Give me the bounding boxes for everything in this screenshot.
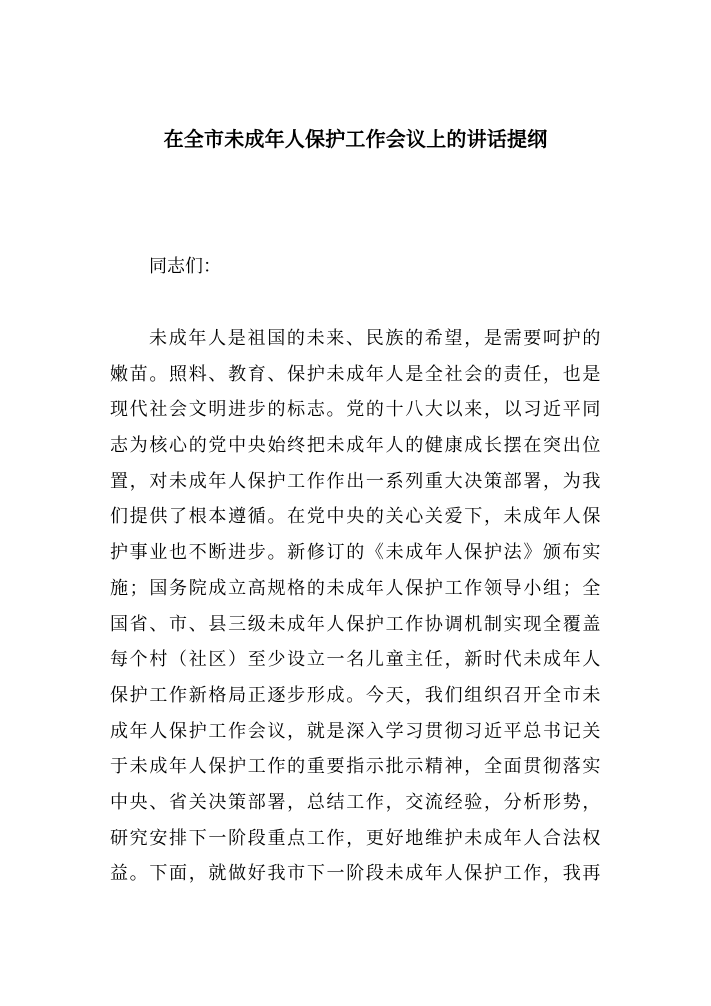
paragraph-line: 施；国务院成立高规格的未成年人保护工作领导小组；全 xyxy=(110,571,602,607)
document-title: 在全市未成年人保护工作会议上的讲话提纲 xyxy=(0,124,711,154)
salutation: 同志们： xyxy=(149,253,221,281)
paragraph-line: 中央、省关决策部署，总结工作，交流经验，分析形势， xyxy=(110,785,602,821)
paragraph-line: 未成年人是祖国的未来、民族的希望，是需要呵护的 xyxy=(110,321,602,357)
paragraph-line: 研究安排下一阶段重点工作，更好地维护未成年人合法权 xyxy=(110,821,602,857)
paragraph-line: 们提供了根本遵循。在党中央的关心关爱下，未成年人保 xyxy=(110,499,602,535)
paragraph-line: 现代社会文明进步的标志。党的十八大以来，以习近平同 xyxy=(110,392,602,428)
paragraph-line: 志为核心的党中央始终把未成年人的健康成长摆在突出位 xyxy=(110,428,602,464)
paragraph-line: 护事业也不断进步。新修订的《未成年人保护法》颁布实 xyxy=(110,535,602,571)
paragraph-line: 于未成年人保护工作的重要指示批示精神，全面贯彻落实 xyxy=(110,749,602,785)
paragraph-line: 益。下面，就做好我市下一阶段未成年人保护工作，我再 xyxy=(110,856,602,892)
paragraph-line: 每个村（社区）至少设立一名儿童主任，新时代未成年人 xyxy=(110,642,602,678)
paragraph-line: 保护工作新格局正逐步形成。今天，我们组织召开全市未 xyxy=(110,678,602,714)
paragraph-line: 嫩苗。照料、教育、保护未成年人是全社会的责任，也是 xyxy=(110,357,602,393)
body-paragraph: 未成年人是祖国的未来、民族的希望，是需要呵护的 嫩苗。照料、教育、保护未成年人是… xyxy=(110,321,602,892)
paragraph-line: 置，对未成年人保护工作作出一系列重大决策部署，为我 xyxy=(110,464,602,500)
paragraph-line: 国省、市、县三级未成年人保护工作协调机制实现全覆盖 xyxy=(110,607,602,643)
document-page: 在全市未成年人保护工作会议上的讲话提纲 同志们： 未成年人是祖国的未来、民族的希… xyxy=(0,0,711,1006)
paragraph-line: 成年人保护工作会议，就是深入学习贯彻习近平总书记关 xyxy=(110,714,602,750)
